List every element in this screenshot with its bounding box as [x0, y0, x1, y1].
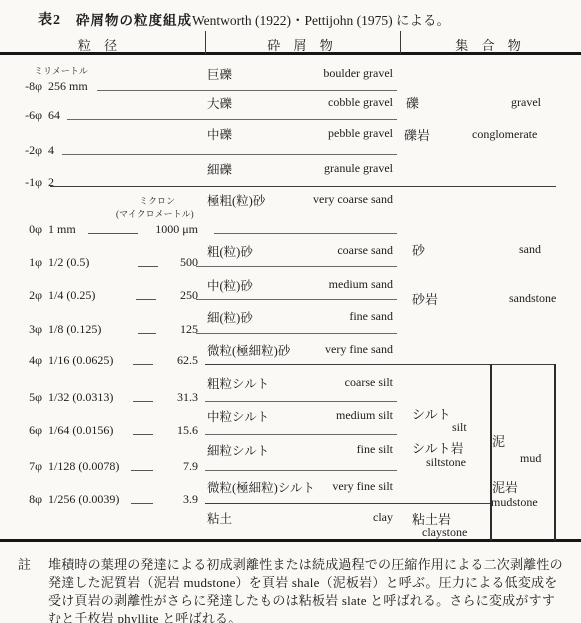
note-line: むと千枚岩 phyllite と呼ばれる。 — [48, 608, 578, 623]
grain-boundary-line — [196, 333, 397, 334]
grain-boundary-line — [62, 154, 397, 155]
clast-name-jp: 粘土 — [207, 509, 232, 527]
dash-connector — [138, 266, 158, 267]
clast-name-jp: 大礫 — [207, 94, 232, 112]
clast-name-en: boulder gravel — [280, 66, 393, 81]
clast-name-en: pebble gravel — [280, 126, 393, 141]
clast-name-en: medium sand — [280, 277, 393, 292]
micron-value: 3.9 — [118, 492, 198, 507]
grain-boundary-line — [205, 434, 397, 435]
phi-value: -8φ — [0, 79, 42, 94]
clast-name-jp: 中(粒)砂 — [207, 276, 253, 294]
aggregate-name-en: siltstone — [426, 455, 466, 470]
aggregate-name-en: claystone — [422, 525, 467, 540]
clast-name-jp: 粗(粒)砂 — [207, 242, 253, 260]
aggregate-name-jp: 礫岩 — [404, 125, 430, 144]
mm-value: 1/128 (0.0078) — [48, 459, 119, 474]
clast-name-jp: 粗粒シルト — [207, 374, 269, 392]
dash-connector — [88, 233, 138, 234]
phi-value: 4φ — [0, 353, 42, 368]
scanned-table-page: 表2 砕屑物の粒度組成 Wentworth (1922)・Pettijohn (… — [0, 0, 581, 623]
section-boundary-line — [205, 503, 490, 504]
clast-name-en: coarse sand — [280, 243, 393, 258]
clast-name-jp: 極粗(粒)砂 — [207, 191, 265, 209]
clast-name-en: granule gravel — [280, 161, 393, 176]
header-divider — [400, 31, 401, 54]
clast-name-en: very coarse sand — [280, 192, 393, 207]
phi-value: 5φ — [0, 390, 42, 405]
phi-value: 6φ — [0, 423, 42, 438]
dash-connector — [131, 470, 153, 471]
micron-value: 1000 μm — [118, 222, 198, 237]
mm-value: 1/2 (0.5) — [48, 255, 89, 270]
aggregate-name-jp: 礫 — [406, 93, 419, 112]
mm-value: 1/16 (0.0625) — [48, 353, 113, 368]
header-rule — [0, 52, 581, 55]
micron-value: 125 — [118, 322, 198, 337]
clast-name-en: medium silt — [280, 408, 393, 423]
box-divider — [490, 364, 492, 541]
mm-value: 1/8 (0.125) — [48, 322, 101, 337]
phi-value: 7φ — [0, 459, 42, 474]
dash-connector — [136, 299, 156, 300]
clast-name-jp: 細粒シルト — [207, 441, 269, 459]
micron-value: 15.6 — [118, 423, 198, 438]
dash-connector — [133, 434, 153, 435]
note-line: 発達した泥質岩（泥岩 mudstone）を頁岩 shale（泥板岩）と呼ぶ。圧力… — [48, 572, 578, 591]
phi-value: 3φ — [0, 322, 42, 337]
micron-value: 500 — [118, 255, 198, 270]
clast-name-en: coarse silt — [280, 375, 393, 390]
note-line: 堆積時の葉理の発達による初成剥離性または続成過程での圧縮作用による二次剥離性の — [48, 554, 578, 573]
clast-name-en: fine silt — [280, 442, 393, 457]
aggregate-name-en: mudstone — [491, 495, 538, 510]
aggregate-name-en: sandstone — [509, 291, 556, 306]
dash-connector — [133, 401, 153, 402]
micron-value: 7.9 — [118, 459, 198, 474]
aggregate-name-en: gravel — [511, 95, 541, 110]
dash-connector — [131, 503, 153, 504]
clast-name-jp: 中粒シルト — [207, 407, 269, 425]
aggregate-name-en: sand — [519, 242, 541, 257]
aggregate-name-jp: シルト — [412, 404, 451, 423]
table-body: -8φ256 mm-6φ64-2φ4-1φ20φ1 mm1000 μm1φ1/2… — [0, 0, 581, 623]
box-divider — [554, 364, 556, 541]
clast-name-jp: 巨礫 — [207, 65, 232, 83]
mm-value: 64 — [48, 108, 60, 123]
grain-boundary-line — [67, 119, 397, 120]
grain-boundary-line — [214, 233, 397, 234]
micron-value: 250 — [118, 288, 198, 303]
aggregate-name-jp: 砂 — [412, 240, 425, 259]
bottom-rule — [0, 539, 581, 542]
phi-value: -6φ — [0, 108, 42, 123]
aggregate-name-en: mud — [520, 451, 541, 466]
clast-name-en: fine sand — [280, 309, 393, 324]
grain-boundary-line — [196, 266, 397, 267]
clast-name-en: very fine silt — [280, 479, 393, 494]
note-label: 註 — [18, 554, 31, 573]
mm-value: 2 — [48, 175, 54, 190]
section-boundary-line — [50, 186, 556, 187]
micron-value: 62.5 — [118, 353, 198, 368]
clast-name-en: clay — [280, 510, 393, 525]
grain-boundary-line — [97, 90, 397, 91]
clast-name-jp: 中礫 — [207, 125, 232, 143]
aggregate-name-jp: 泥 — [492, 431, 505, 450]
phi-value: 2φ — [0, 288, 42, 303]
aggregate-name-en: conglomerate — [472, 127, 537, 142]
mm-value: 256 mm — [48, 79, 88, 94]
clast-name-jp: 微粒(極細粒)砂 — [207, 341, 290, 359]
clast-name-en: cobble gravel — [280, 95, 393, 110]
phi-value: -1φ — [0, 175, 42, 190]
mm-value: 1/64 (0.0156) — [48, 423, 113, 438]
grain-boundary-line — [205, 401, 397, 402]
section-boundary-line — [205, 364, 556, 365]
mm-value: 1 mm — [48, 222, 76, 237]
mm-value: 4 — [48, 143, 54, 158]
mm-value: 1/256 (0.0039) — [48, 492, 119, 507]
micron-value: 31.3 — [118, 390, 198, 405]
clast-name-jp: 細礫 — [207, 160, 232, 178]
aggregate-name-jp: 砂岩 — [412, 289, 438, 308]
phi-value: 8φ — [0, 492, 42, 507]
phi-value: -2φ — [0, 143, 42, 158]
aggregate-name-en: silt — [452, 420, 467, 435]
grain-boundary-line — [196, 299, 397, 300]
clast-name-jp: 細(粒)砂 — [207, 308, 253, 326]
clast-name-en: very fine sand — [280, 342, 393, 357]
note-line: 受け頁岩の剥離性がさらに発達したものは粘板岩 slate と呼ばれる。さらに変成… — [48, 590, 578, 609]
phi-value: 0φ — [0, 222, 42, 237]
phi-value: 1φ — [0, 255, 42, 270]
grain-boundary-line — [205, 470, 397, 471]
dash-connector — [138, 333, 156, 334]
dash-connector — [133, 364, 153, 365]
mm-value: 1/4 (0.25) — [48, 288, 95, 303]
mm-value: 1/32 (0.0313) — [48, 390, 113, 405]
aggregate-name-jp: 泥岩 — [492, 477, 518, 496]
header-divider — [205, 31, 206, 54]
